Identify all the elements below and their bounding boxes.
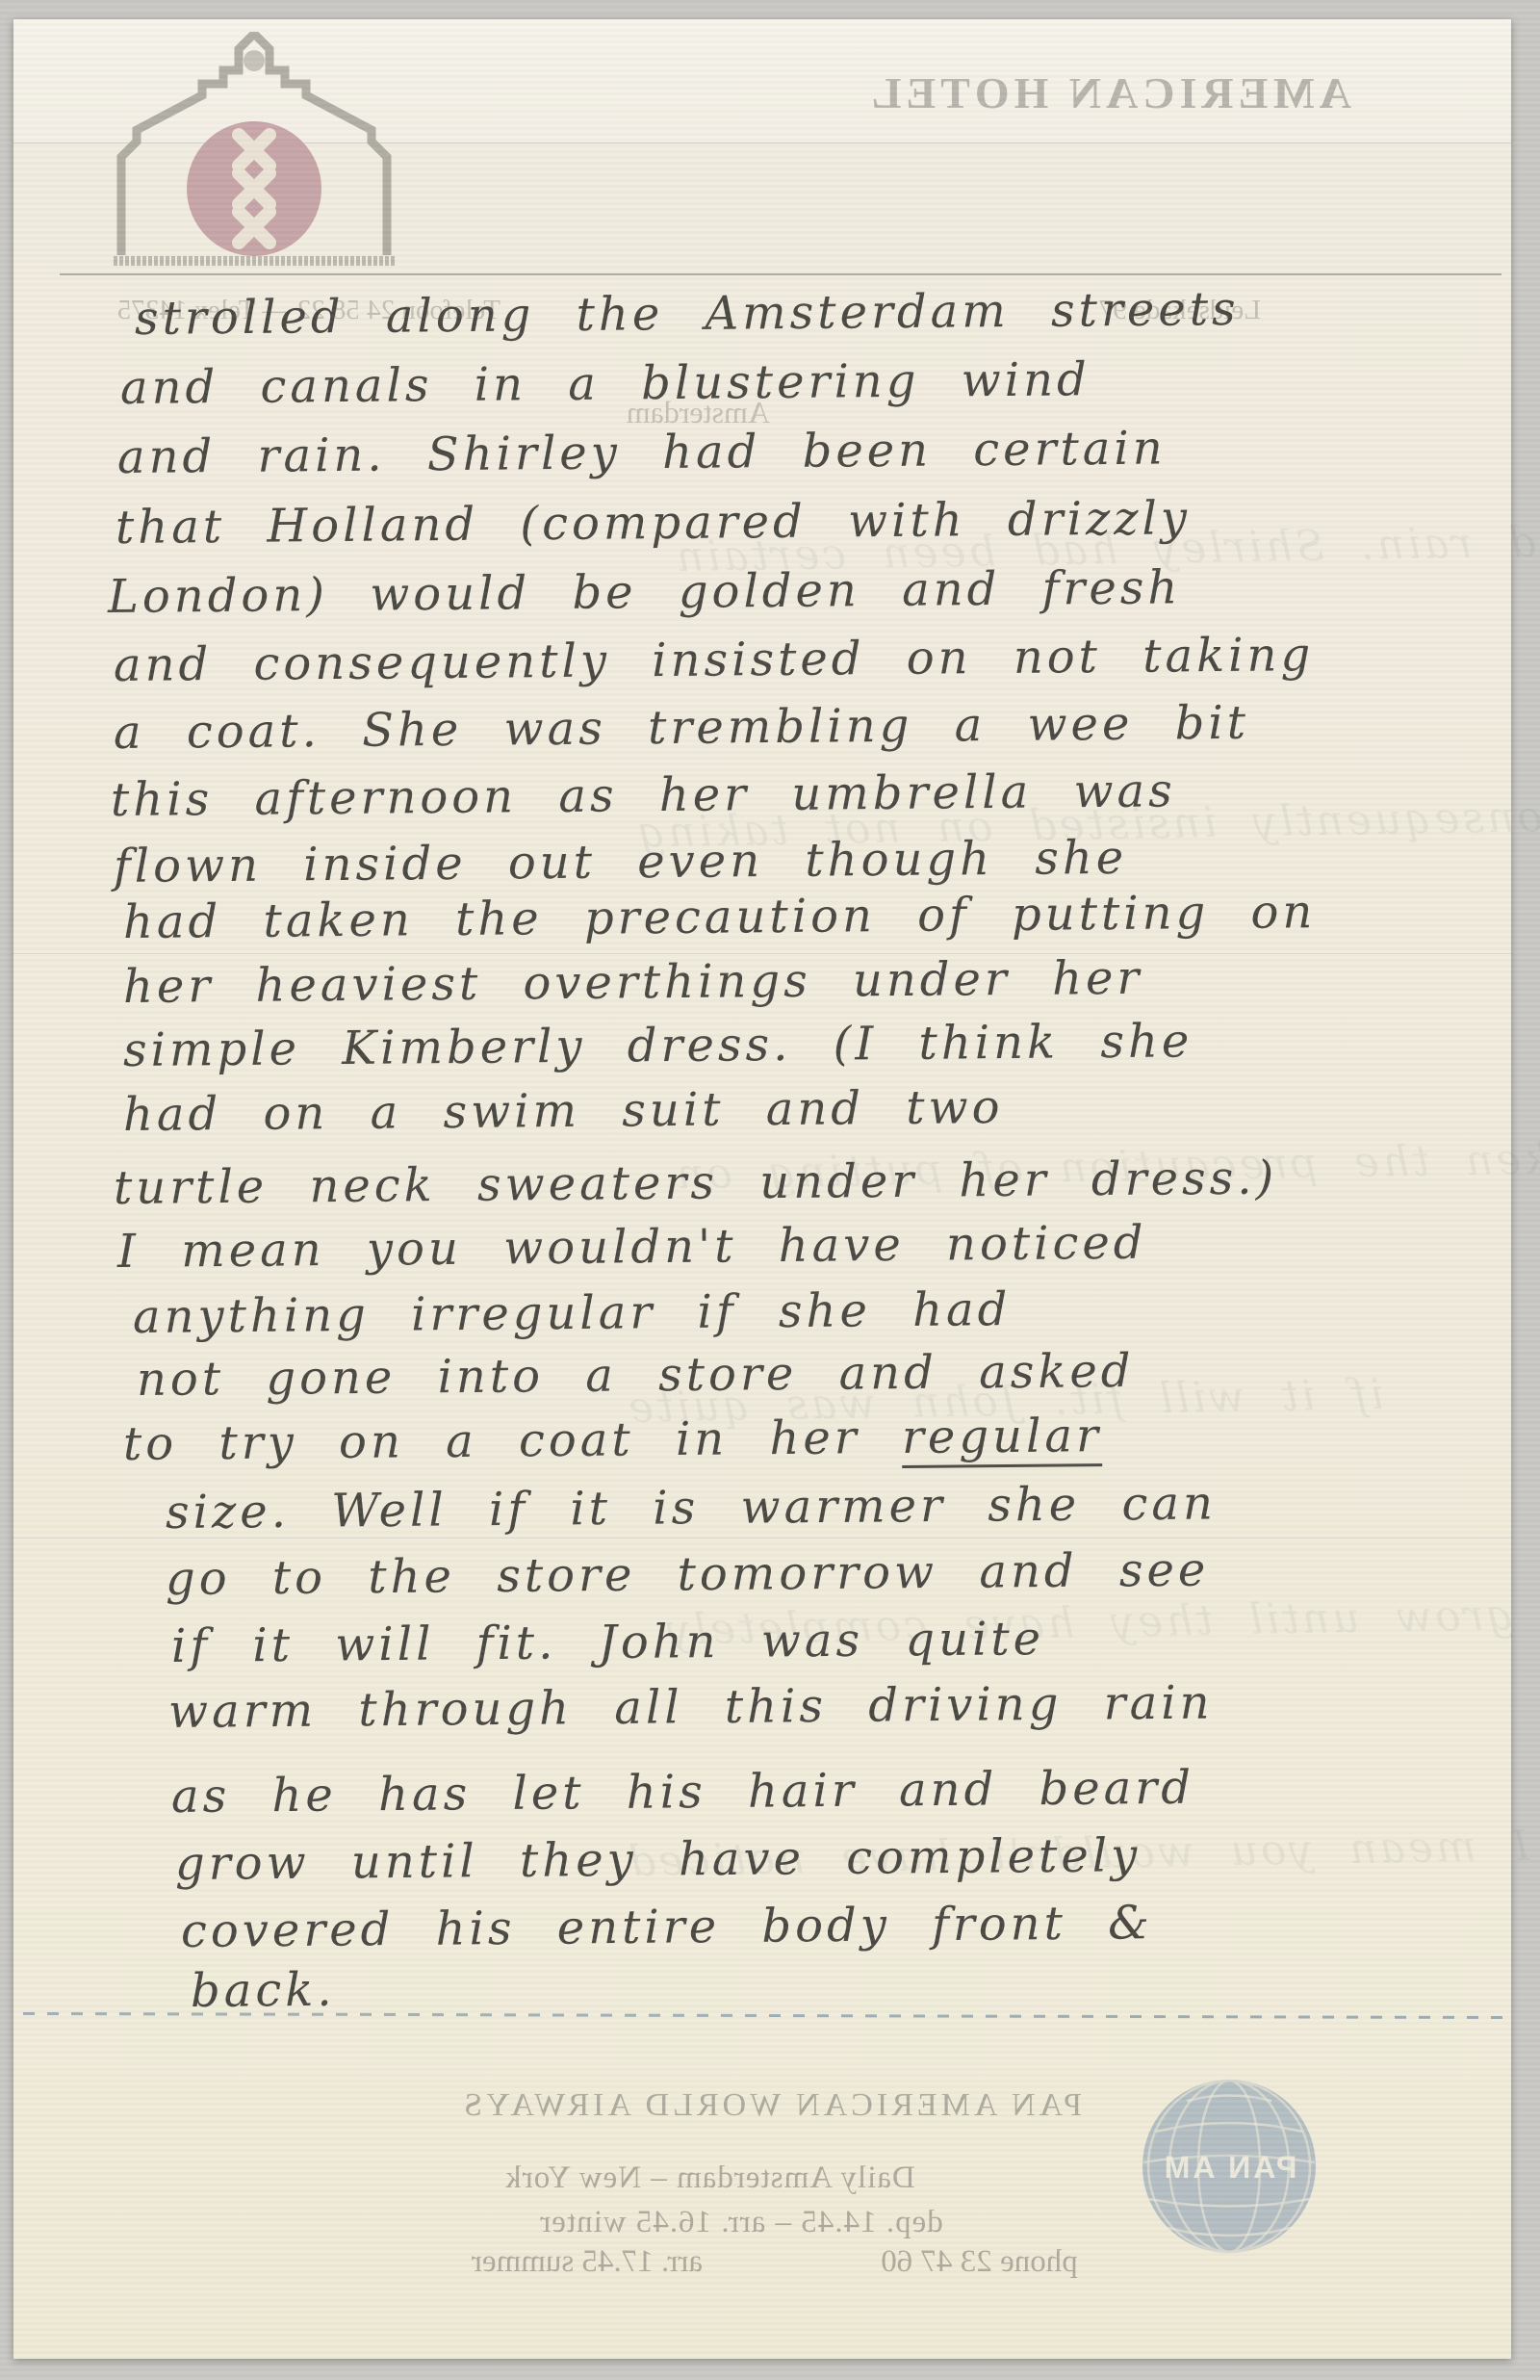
- handwriting-line: size. Well if it is warmer she can: [166, 1476, 1217, 1539]
- handwriting-line: and canals in a blustering wind: [120, 352, 1091, 415]
- handwriting-line: warm through all this driving rain: [168, 1676, 1214, 1739]
- handwriting-line: and consequently insisted on not taking: [114, 628, 1315, 692]
- handwriting-line: back.: [191, 1963, 336, 2018]
- handwriting-line: strolled along the Amsterdam streets: [135, 282, 1240, 346]
- handwriting-line: if it will fit. John was quite: [171, 1612, 1045, 1673]
- handwriting-line-prefix: to try on a coat in her: [123, 1410, 860, 1471]
- hotel-name-reversed: AMERICAN HOTEL: [874, 67, 1351, 118]
- panam-logo-wordmark: PAN AM: [1162, 2150, 1297, 2185]
- handwriting-line: simple Kimberly dress. (I think she: [123, 1014, 1193, 1077]
- handwriting-line: her heaviest overthings under her: [123, 951, 1143, 1014]
- handwriting-line: to try on a coat in her regular: [123, 1409, 1102, 1471]
- letterhead-rule: [60, 273, 1501, 275]
- handwriting-line: I mean you wouldn't have noticed: [117, 1216, 1147, 1279]
- handwriting-line: go to the store tomorrow and see: [166, 1543, 1210, 1606]
- handwriting-line: London) would be golden and fresh: [108, 560, 1182, 624]
- panam-summer-schedule-reversed: arr. 17.45 summer: [428, 2244, 746, 2280]
- handwriting-line: had on a swim suit and two: [123, 1080, 1004, 1142]
- panam-phone-reversed: phone 23 47 60: [813, 2244, 1145, 2280]
- underlined-word: regular: [902, 1409, 1102, 1468]
- american-hotel-logo: [108, 32, 397, 268]
- scanned-letter-page: AMERICAN HOTEL Telefoon 24 58 22 — Telex…: [0, 0, 1540, 2380]
- handwriting-line: had taken the precaution of putting on: [123, 885, 1317, 949]
- handwriting-line: not gone into a store and asked: [137, 1344, 1135, 1407]
- handwriting-line: and rain. Shirley had been certain: [117, 421, 1167, 484]
- handwriting-line: this afternoon as her umbrella was: [111, 763, 1176, 827]
- panam-route-reversed: Daily Amsterdam – New York: [428, 2160, 991, 2196]
- panam-winter-schedule-reversed: dep. 14.45 – arr. 16.45 winter: [423, 2205, 1059, 2240]
- handwriting-line: grow until they have completely: [175, 1828, 1142, 1891]
- handwriting-line: a coat. She was trembling a wee bit: [114, 696, 1249, 760]
- panam-airways-reversed: PAN AMERICAN WORLD AIRWAYS: [428, 2087, 1114, 2124]
- tower-window: [244, 50, 265, 71]
- panam-globe-icon: PAN AM: [1141, 2078, 1318, 2255]
- handwriting-line: covered his entire body front &: [181, 1896, 1153, 1958]
- handwriting-line: anything irregular if she had: [133, 1282, 1012, 1344]
- handwriting-line: turtle neck sweaters under her dress.): [114, 1151, 1278, 1215]
- handwriting-line: flown inside out even though she: [114, 831, 1128, 893]
- handwriting-line: that Holland (compared with drizzly: [115, 491, 1191, 555]
- handwriting-line: as he has let his hair and beard: [171, 1761, 1194, 1824]
